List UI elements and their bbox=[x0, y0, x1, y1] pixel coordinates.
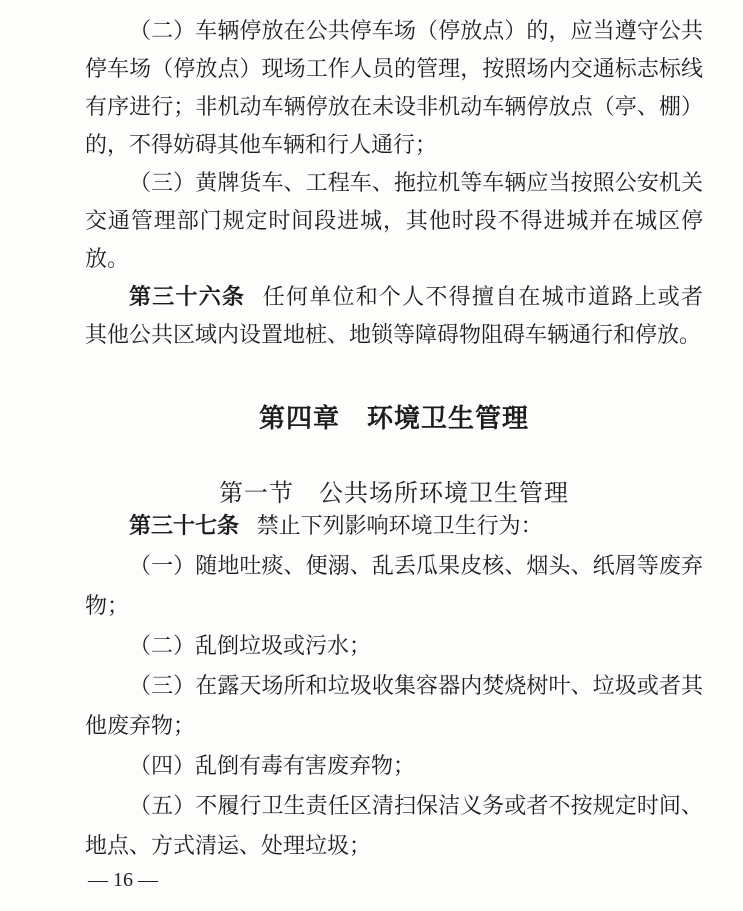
section-heading: 第一节 公共场所环境卫生管理 bbox=[85, 473, 703, 508]
body-text-upper: （二）车辆停放在公共停车场（停放点）的，应当遵守公共 停车场（停放点）现场工作人… bbox=[85, 12, 703, 354]
article-number: 第三十六条 bbox=[129, 284, 245, 309]
body-text-lower: 第三十七条禁止下列影响环境卫生行为： （一）随地吐痰、便溺、乱丢瓜果皮核、烟头、… bbox=[85, 506, 703, 866]
paragraph-line: （二）车辆停放在公共停车场（停放点）的，应当遵守公共 bbox=[85, 12, 703, 50]
article-text: 任何单位和个人不得擅自在城市道路上或者 bbox=[263, 284, 703, 309]
paragraph-line: 有序进行；非机动车辆停放在未设非机动车辆停放点（亭、棚） bbox=[85, 88, 703, 126]
page-number: — 16 — bbox=[88, 869, 158, 892]
paragraph-line: 停车场（停放点）现场工作人员的管理，按照场内交通标志标线 bbox=[85, 50, 703, 88]
article-text: 禁止下列影响环境卫生行为： bbox=[257, 513, 543, 538]
list-item-line: 物； bbox=[85, 586, 703, 626]
list-item-line: （一）随地吐痰、便溺、乱丢瓜果皮核、烟头、纸屑等废弃 bbox=[85, 546, 703, 586]
paragraph-line-article-37: 第三十七条禁止下列影响环境卫生行为： bbox=[85, 506, 703, 546]
list-item-line: （五）不履行卫生责任区清扫保洁义务或者不按规定时间、 bbox=[85, 786, 703, 826]
article-number: 第三十七条 bbox=[129, 513, 239, 538]
paragraph-line: 的，不得妨碍其他车辆和行人通行； bbox=[85, 126, 703, 164]
list-item-line: 地点、方式清运、处理垃圾； bbox=[85, 826, 703, 866]
paragraph-line-article-36: 第三十六条任何单位和个人不得擅自在城市道路上或者 bbox=[85, 278, 703, 316]
list-item-line: 他废弃物； bbox=[85, 706, 703, 746]
paragraph-line: 交通管理部门规定时间段进城，其他时段不得进城并在城区停 bbox=[85, 202, 703, 240]
list-item-line: （四）乱倒有毒有害废弃物； bbox=[85, 746, 703, 786]
chapter-heading: 第四章 环境卫生管理 bbox=[85, 398, 703, 435]
list-item-line: （三）在露天场所和垃圾收集容器内焚烧树叶、垃圾或者其 bbox=[85, 666, 703, 706]
document-page: （二）车辆停放在公共停车场（停放点）的，应当遵守公共 停车场（停放点）现场工作人… bbox=[0, 0, 743, 911]
list-item-line: （二）乱倒垃圾或污水； bbox=[85, 626, 703, 666]
paragraph-line: 放。 bbox=[85, 240, 703, 278]
paragraph-line: 其他公共区域内设置地桩、地锁等障碍物阻碍车辆通行和停放。 bbox=[85, 316, 703, 354]
paragraph-line: （三）黄牌货车、工程车、拖拉机等车辆应当按照公安机关 bbox=[85, 164, 703, 202]
